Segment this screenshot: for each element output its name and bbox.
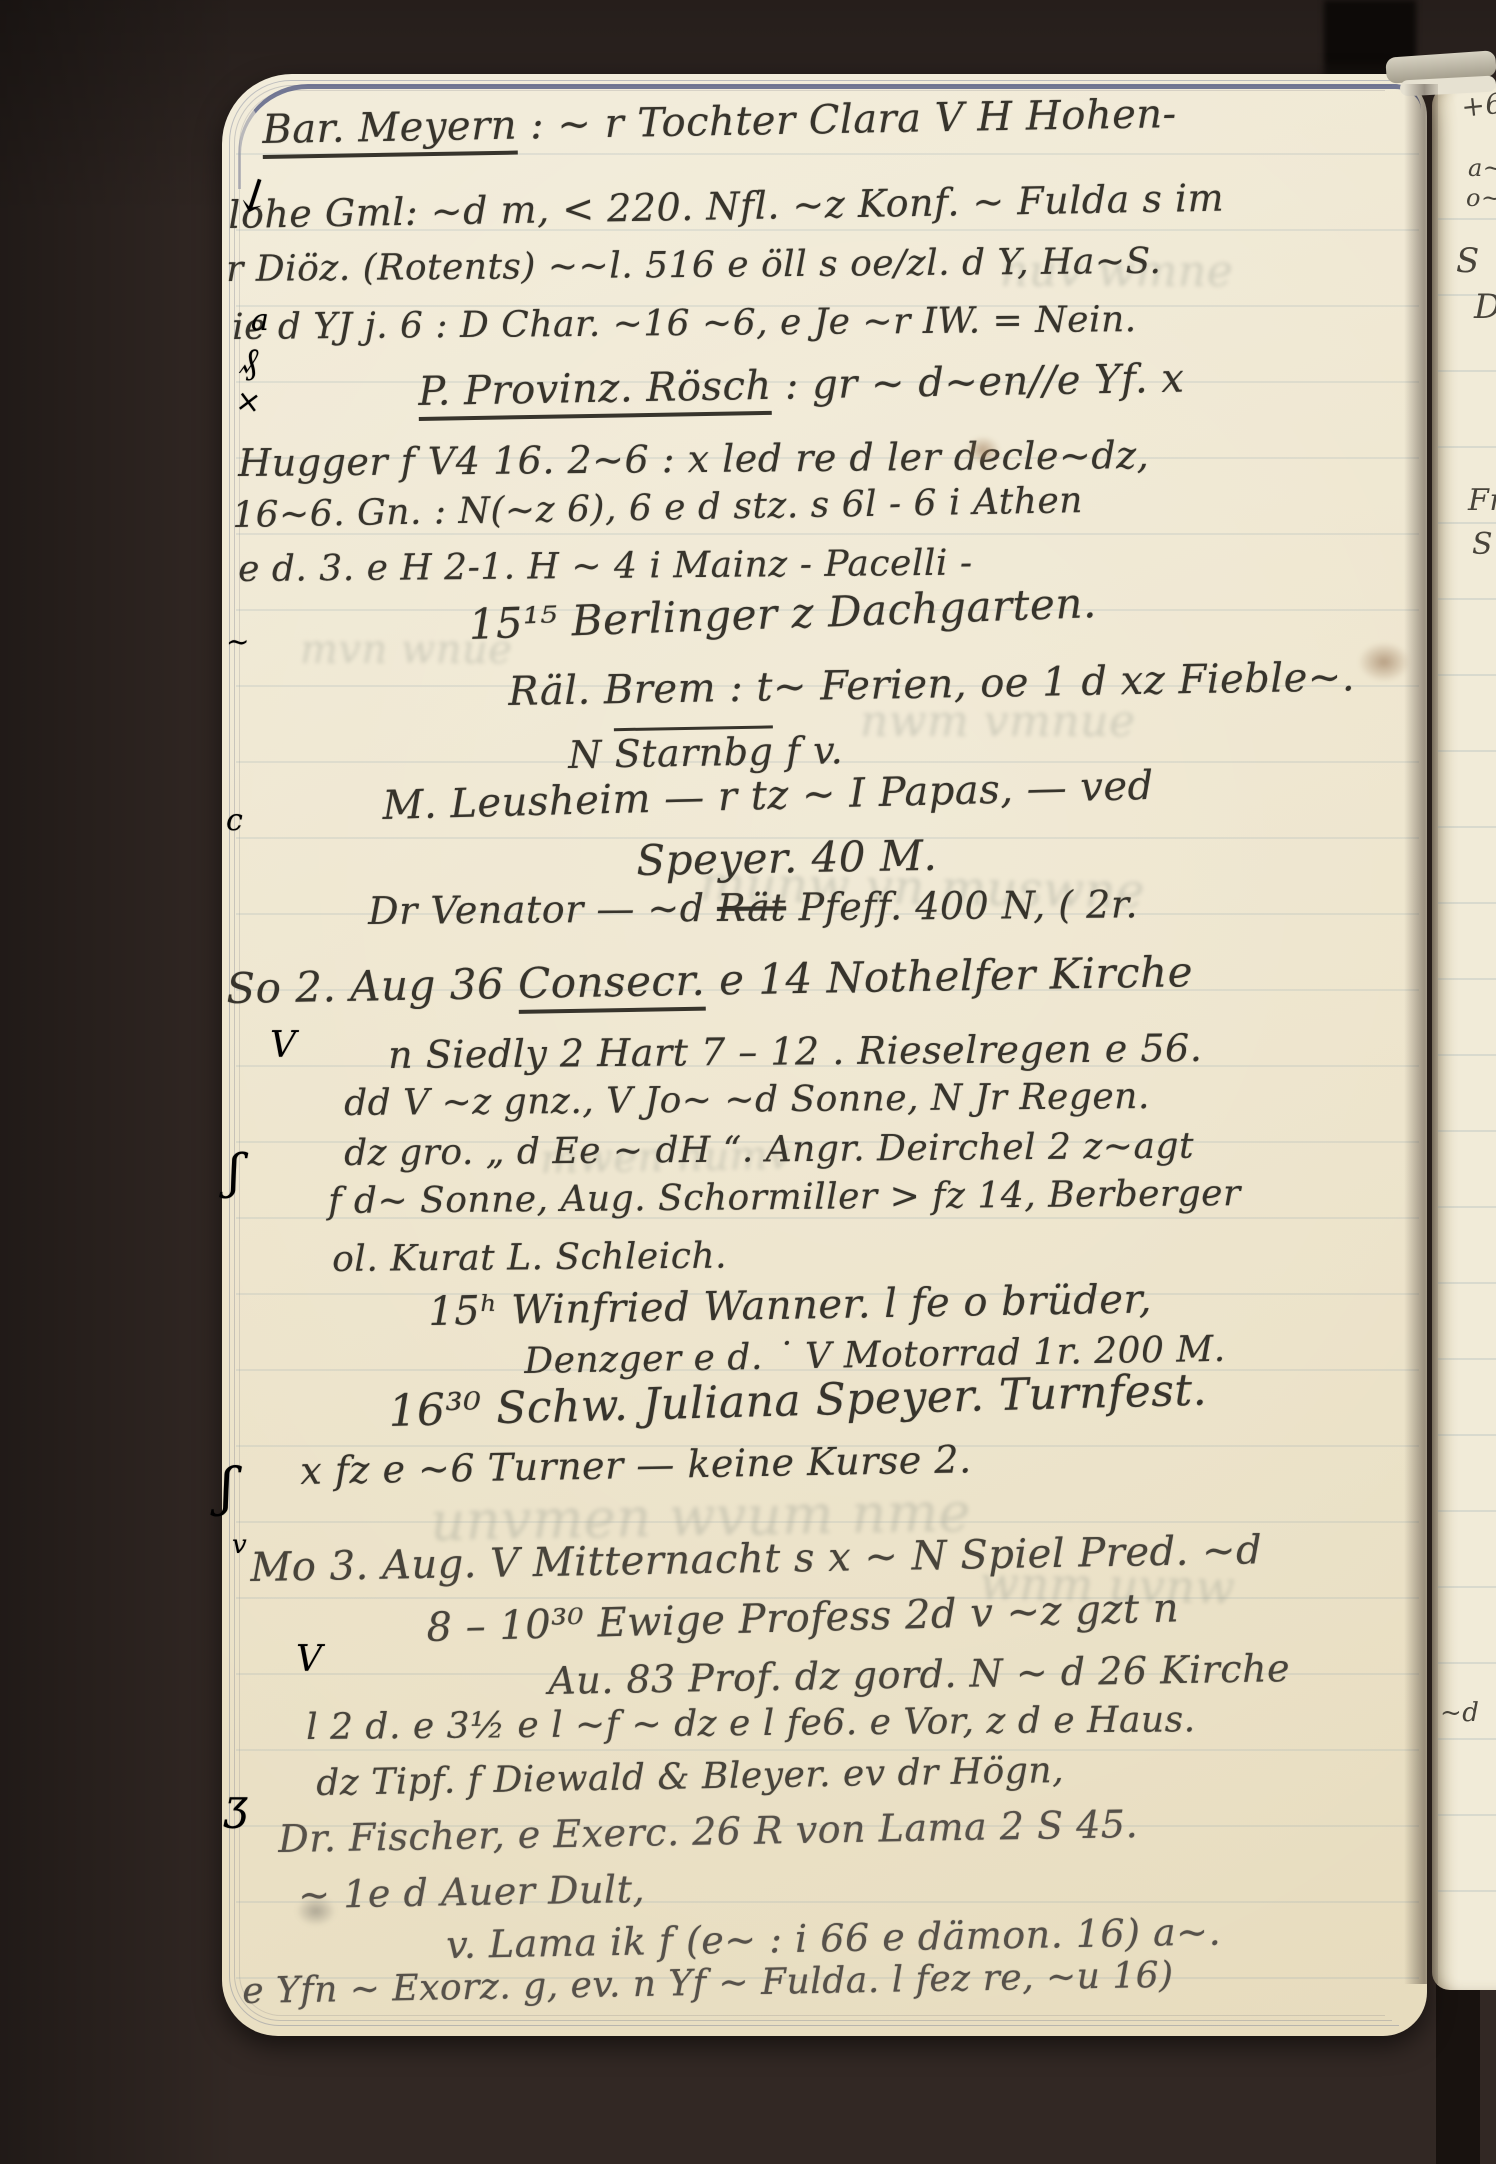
photo-backdrop: unvmen wvum nmemunw vn muswnenwm vmnuemw… bbox=[0, 0, 1496, 2164]
next-page-fragment: S bbox=[1456, 244, 1480, 278]
next-page-fragment: Fr bbox=[1468, 486, 1496, 516]
next-page-fragment: D bbox=[1474, 290, 1496, 324]
next-page-writing-layer: +6a~o~SDFrS~d bbox=[0, 0, 1496, 2164]
next-page-fragment: S bbox=[1472, 530, 1493, 560]
next-page-fragment: ~d bbox=[1440, 1700, 1479, 1726]
next-page-fragment: a~ bbox=[1468, 156, 1496, 180]
next-page-fragment: +6 bbox=[1460, 90, 1496, 122]
next-page-fragment: o~ bbox=[1466, 186, 1496, 210]
